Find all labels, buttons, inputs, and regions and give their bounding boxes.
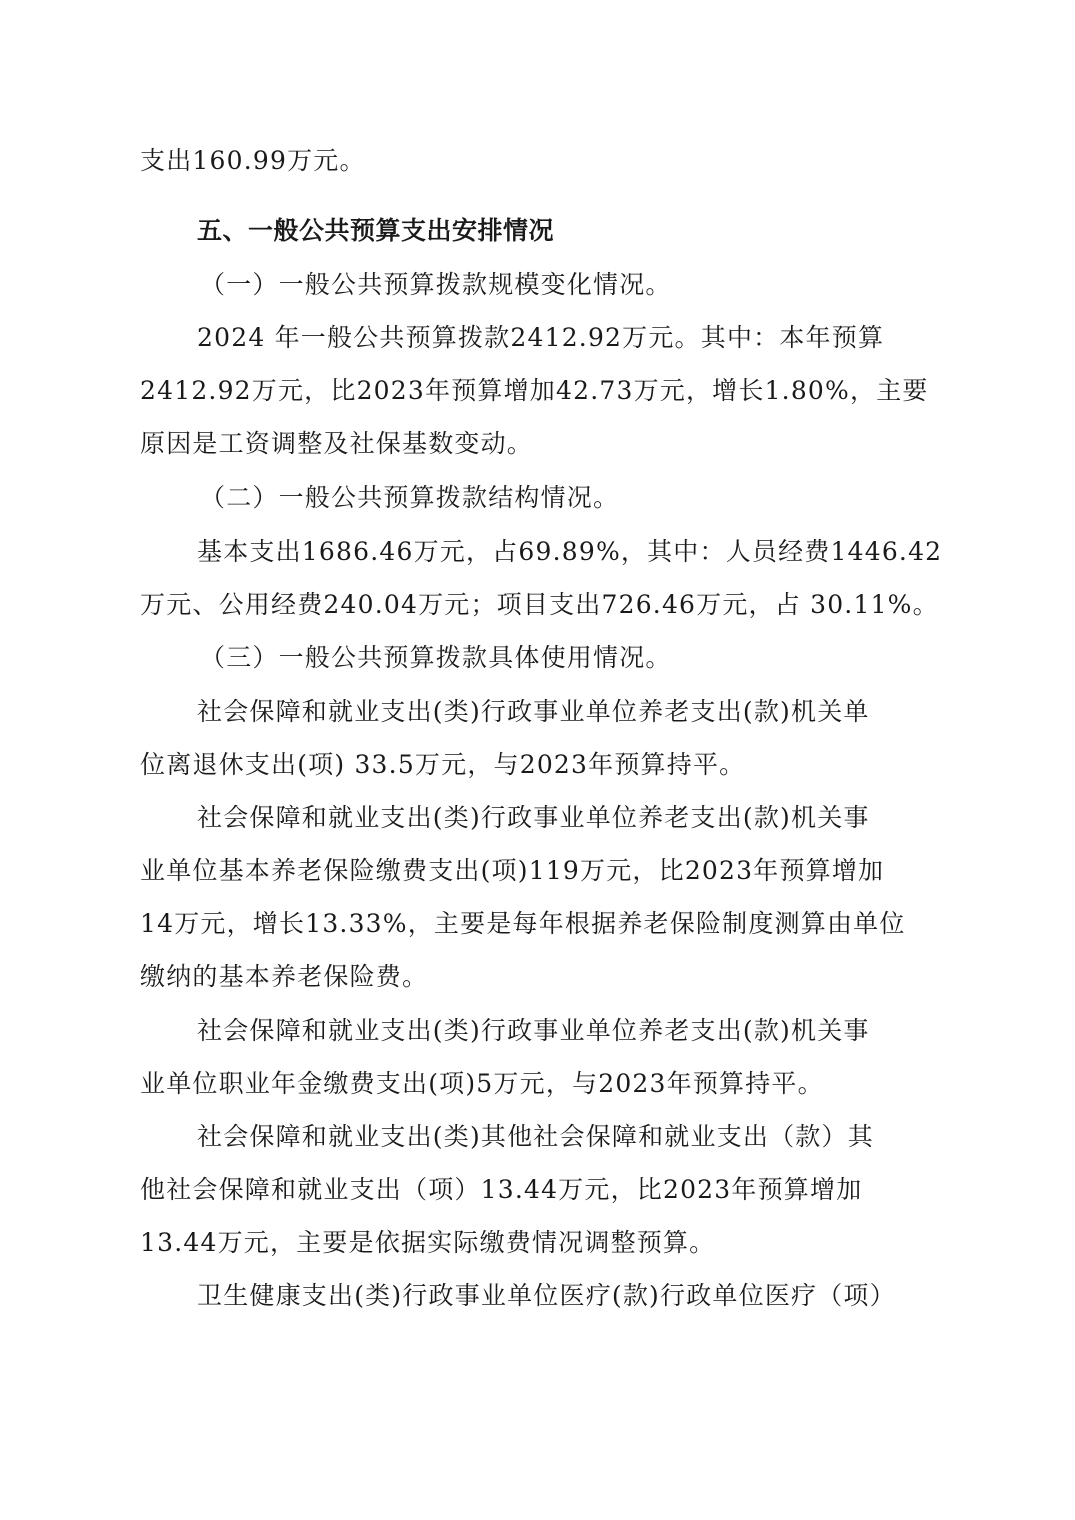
paragraph-line: 社会保障和就业支出(类)其他社会保障和就业支出（款）其 xyxy=(197,1122,874,1152)
paragraph-line: 2024 年一般公共预算拨款2412.92万元。其中：本年预算 xyxy=(197,323,884,353)
document-page: 支出160.99万元。 五、一般公共预算支出安排情况 （一）一般公共预算拨款规模… xyxy=(0,0,1075,1520)
paragraph-line: 位离退休支出(项) 33.5万元，与2023年预算持平。 xyxy=(140,750,745,780)
paragraph-line: 13.44万元，主要是依据实际缴费情况调整预算。 xyxy=(140,1228,715,1258)
paragraph-line: 社会保障和就业支出(类)行政事业单位养老支出(款)机关单 xyxy=(197,697,870,727)
paragraph-line: 万元、公用经费240.04万元；项目支出726.46万元，占 30.11%。 xyxy=(140,590,939,620)
continuation-line: 支出160.99万元。 xyxy=(140,146,366,176)
paragraph-line: 缴纳的基本养老保险费。 xyxy=(140,962,428,992)
paragraph-line: 2412.92万元，比2023年预算增加42.73万元，增长1.80%，主要 xyxy=(140,376,929,406)
subsection-3-title: （三）一般公共预算拨款具体使用情况。 xyxy=(200,643,672,673)
paragraph-line: 社会保障和就业支出(类)行政事业单位养老支出(款)机关事 xyxy=(197,1016,870,1046)
subsection-1-title: （一）一般公共预算拨款规模变化情况。 xyxy=(200,270,672,300)
paragraph-line: 他社会保障和就业支出（项）13.44万元，比2023年预算增加 xyxy=(140,1175,862,1205)
subsection-2-title: （二）一般公共预算拨款结构情况。 xyxy=(200,483,619,513)
paragraph-line: 基本支出1686.46万元，占69.89%，其中：人员经费1446.42 xyxy=(197,537,942,567)
section-heading: 五、一般公共预算支出安排情况 xyxy=(197,216,554,246)
paragraph-line: 14万元，增长13.33%，主要是每年根据养老保险制度测算由单位 xyxy=(140,909,906,939)
paragraph-line: 业单位职业年金缴费支出(项)5万元，与2023年预算持平。 xyxy=(140,1069,824,1099)
paragraph-line: 原因是工资调整及社保基数变动。 xyxy=(140,429,533,459)
paragraph-line: 卫生健康支出(类)行政事业单位医疗(款)行政单位医疗（项） xyxy=(197,1281,896,1311)
paragraph-line: 社会保障和就业支出(类)行政事业单位养老支出(款)机关事 xyxy=(197,803,870,833)
paragraph-line: 业单位基本养老保险缴费支出(项)119万元，比2023年预算增加 xyxy=(140,856,884,886)
